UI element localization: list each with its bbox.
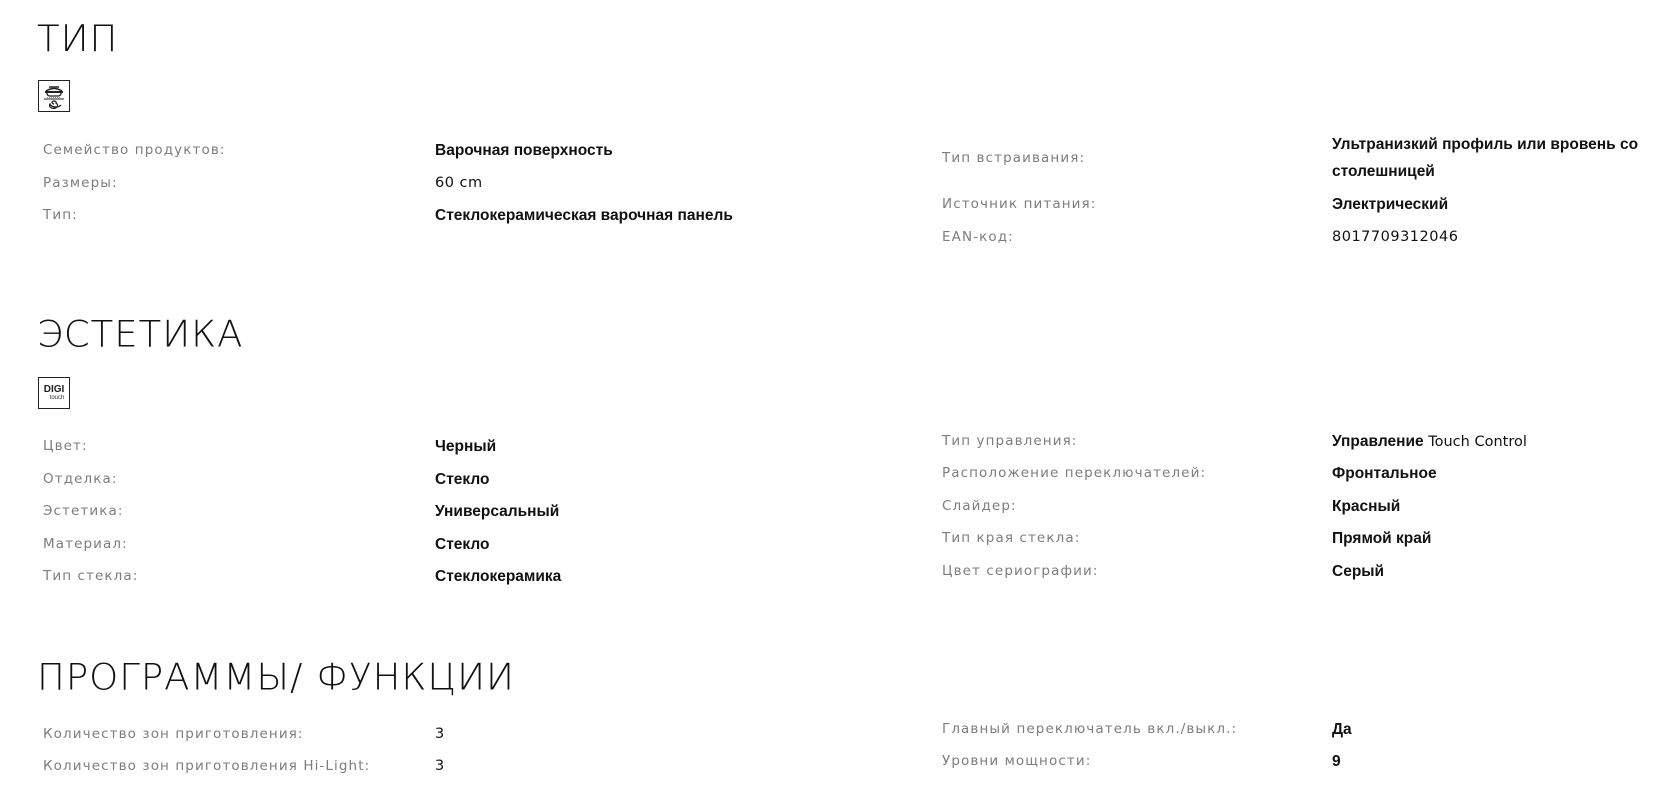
spec-value: Фронтальное [1332,460,1437,487]
spec-label: Слайдер: [942,493,1017,520]
spec-label: Цвет: [43,433,88,460]
spec-value: Варочная поверхность [435,137,613,164]
spec-value: 3 [435,721,445,748]
spec-value: Прямой край [1332,525,1431,552]
spec-label: Источник питания: [942,191,1096,218]
spec-value: Стекло [435,531,489,558]
digi-touch-icon-line1: DIGI [44,385,65,395]
section-title-aesthetics: ЭСТЕТИКА [37,316,243,352]
spec-value: 3 [435,753,445,780]
spec-value: Универсальный [435,498,559,525]
section-title-programs: ПРОГРАММЫ/ ФУНКЦИИ [37,659,515,695]
spec-label: Тип встраивания: [942,145,1085,172]
spec-label: Количество зон приготовления: [43,721,304,748]
spec-label: Тип стекла: [43,563,138,590]
spec-label: Размеры: [43,170,118,197]
spec-value-light: Touch Control [1424,434,1527,450]
digi-touch-icon: DIGI touch [38,377,70,409]
spec-value: Стеклокерамика [435,563,561,590]
spec-label: Тип края стекла: [942,525,1080,552]
spec-label: Отделка: [43,466,118,493]
spec-value-bold: Управление [1332,433,1424,450]
spec-value: Электрический [1332,191,1448,218]
spec-label: Расположение переключателей: [942,460,1206,487]
spec-label: Количество зон приготовления Hi-Light: [43,753,370,780]
spec-label: Тип управления: [942,428,1077,455]
spec-value: Управление Touch Control [1332,428,1527,456]
spec-value: Стеклокерамическая варочная панель [435,202,733,229]
spec-label: Материал: [43,531,128,558]
spec-label: Цвет сериографии: [942,558,1099,585]
spec-value: Черный [435,433,496,460]
spec-value: Ультранизкий профиль или вровень со стол… [1332,131,1665,185]
spec-value: Да [1332,716,1352,743]
spec-value: Красный [1332,493,1400,520]
spec-label: EAN-код: [942,224,1014,251]
spec-value: Стекло [435,466,489,493]
spec-label: Уровни мощности: [942,748,1091,775]
spec-value: 8017709312046 [1332,224,1458,251]
spec-value: 9 [1332,748,1341,775]
spec-label: Эстетика: [43,498,124,525]
spec-label: Семейство продуктов: [43,137,226,164]
digi-touch-icon-line2: touch [50,395,65,401]
spec-label: Главный переключатель вкл./выкл.: [942,716,1237,743]
hob-cookware-icon [38,80,70,112]
spec-value: Серый [1332,558,1384,585]
spec-label: Тип: [43,202,78,229]
spec-value: 60 cm [435,170,483,197]
section-title-type: ТИП [37,20,118,56]
